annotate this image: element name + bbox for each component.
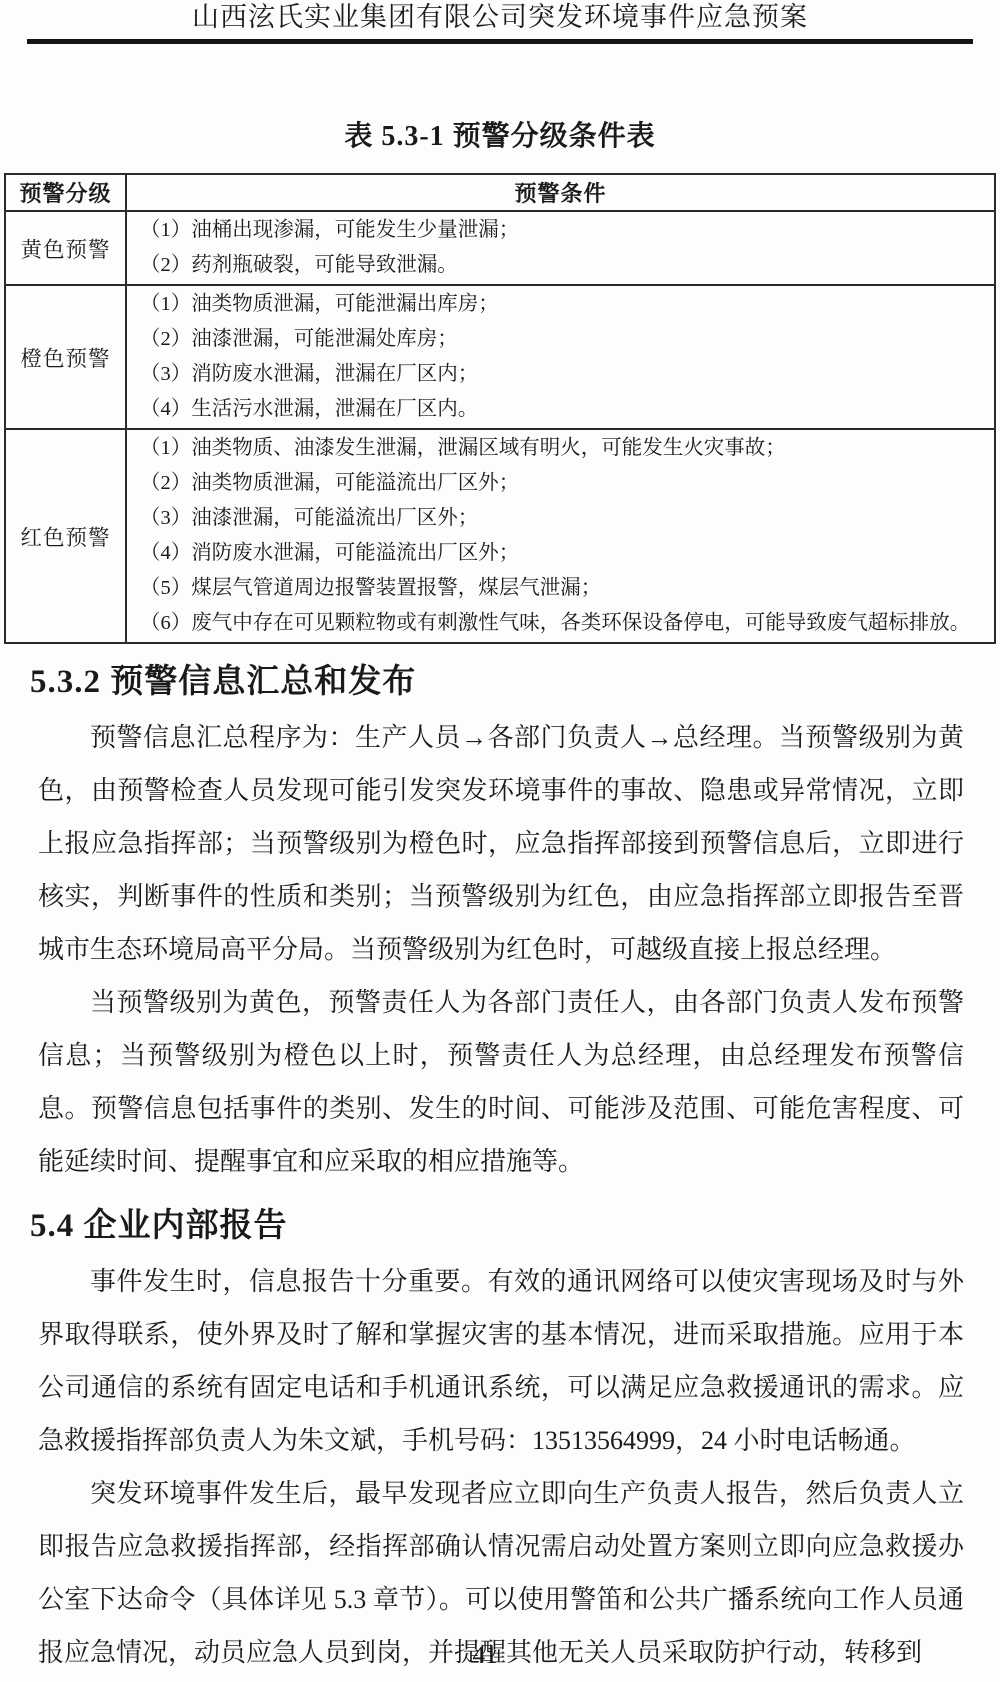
table-row-orange-warning: 橙色预警 （1）油类物质泄漏，可能泄漏出库房； （2）油漆泄漏，可能泄漏处库房；… xyxy=(5,285,995,429)
warning-level-cell: 橙色预警 xyxy=(5,285,126,429)
warning-level-table: 预警分级 预警条件 黄色预警 （1）油桶出现渗漏，可能发生少量泄漏； （2）药剂… xyxy=(4,173,996,644)
table-header-level: 预警分级 xyxy=(5,174,126,211)
table-row-red-warning: 红色预警 （1）油类物质、油漆发生泄漏，泄漏区域有明火，可能发生火灾事故； （2… xyxy=(5,429,995,643)
header-double-rule xyxy=(27,39,973,44)
condition-item: （2）药剂瓶破裂，可能导致泄漏。 xyxy=(140,248,986,283)
page-number: 41 xyxy=(0,1642,970,1670)
condition-item: （3）油漆泄漏，可能溢流出厂区外； xyxy=(140,501,986,536)
paragraph: 预警信息汇总程序为：生产人员→各部门负责人→总经理。当预警级别为黄色，由预警检查… xyxy=(38,711,964,976)
table-header-condition: 预警条件 xyxy=(126,174,995,211)
condition-item: （6）废气中存在可见颗粒物或有刺激性气味，各类环保设备停电，可能导致废气超标排放… xyxy=(140,606,986,641)
section-heading-5-3-2: 5.3.2 预警信息汇总和发布 xyxy=(30,659,1000,705)
warning-level-cell: 黄色预警 xyxy=(5,211,126,285)
conditions-cell: （1）油类物质、油漆发生泄漏，泄漏区域有明火，可能发生火灾事故； （2）油类物质… xyxy=(126,429,995,643)
table-row-yellow-warning: 黄色预警 （1）油桶出现渗漏，可能发生少量泄漏； （2）药剂瓶破裂，可能导致泄漏… xyxy=(5,211,995,285)
condition-item: （3）消防废水泄漏，泄漏在厂区内； xyxy=(140,357,986,392)
conditions-cell: （1）油类物质泄漏，可能泄漏出库房； （2）油漆泄漏，可能泄漏处库房； （3）消… xyxy=(126,285,995,429)
document-header-title: 山西泫氏实业集团有限公司突发环境事件应急预案 xyxy=(0,0,1000,34)
section-heading-5-4: 5.4 企业内部报告 xyxy=(30,1203,1000,1249)
table-header-row: 预警分级 预警条件 xyxy=(5,174,995,211)
condition-item: （1）油桶出现渗漏，可能发生少量泄漏； xyxy=(140,213,986,248)
condition-item: （2）油漆泄漏，可能泄漏处库房； xyxy=(140,322,986,357)
condition-item: （4）生活污水泄漏，泄漏在厂区内。 xyxy=(140,392,986,427)
condition-item: （2）油类物质泄漏，可能溢流出厂区外； xyxy=(140,466,986,501)
paragraph: 事件发生时，信息报告十分重要。有效的通讯网络可以使灾害现场及时与外界取得联系，使… xyxy=(38,1255,964,1467)
warning-level-cell: 红色预警 xyxy=(5,429,126,643)
condition-item: （5）煤层气管道周边报警装置报警，煤层气泄漏； xyxy=(140,571,986,606)
table-caption: 表 5.3-1 预警分级条件表 xyxy=(0,114,1000,154)
document-header: 山西泫氏实业集团有限公司突发环境事件应急预案 xyxy=(0,0,1000,44)
condition-item: （4）消防废水泄漏，可能溢流出厂区外； xyxy=(140,536,986,571)
document-page: 山西泫氏实业集团有限公司突发环境事件应急预案 表 5.3-1 预警分级条件表 预… xyxy=(0,0,1000,1682)
condition-item: （1）油类物质泄漏，可能泄漏出库房； xyxy=(140,287,986,322)
condition-item: （1）油类物质、油漆发生泄漏，泄漏区域有明火，可能发生火灾事故； xyxy=(140,431,986,466)
paragraph: 当预警级别为黄色，预警责任人为各部门责任人，由各部门负责人发布预警信息；当预警级… xyxy=(38,976,964,1188)
conditions-cell: （1）油桶出现渗漏，可能发生少量泄漏； （2）药剂瓶破裂，可能导致泄漏。 xyxy=(126,211,995,285)
